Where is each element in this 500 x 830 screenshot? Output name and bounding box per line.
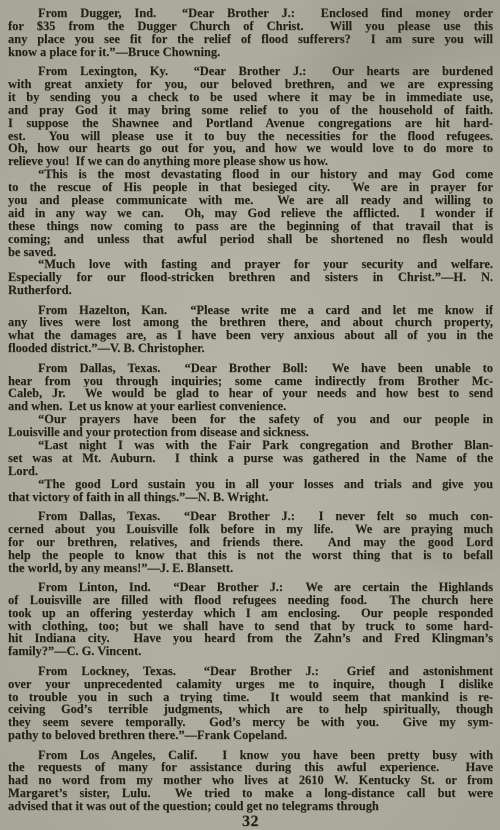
text-line: with great anxiety for you, our beloved …: [8, 78, 493, 91]
text-line: hear from you through inquiries; some ca…: [8, 375, 493, 388]
text-line: you and please communicate with me. We a…: [8, 194, 493, 207]
text-line: had no word from my mother who lives at …: [8, 774, 493, 787]
paragraph: “Last night I was with the Fair Park con…: [8, 439, 493, 478]
text-line: From Dallas, Texas. “Dear Brother J.: I …: [8, 510, 493, 523]
text-line: to the rescue of His people in that besi…: [8, 181, 493, 194]
text-line: Margaret’s sister, Lulu. We tried to mak…: [8, 787, 493, 800]
paragraph: From Los Angeles, Calif. I know you have…: [8, 749, 493, 813]
text-line: for $35 from the Dugger Church of Christ…: [8, 20, 493, 33]
text-line: pathy to beloved brethren there.”—Frank …: [8, 729, 493, 742]
text-line: and pray God it may bring some relief to…: [8, 104, 493, 117]
paragraph: “Much love with fasting and prayer for y…: [8, 258, 493, 297]
text-line: “Our prayers have been for the safety of…: [8, 413, 493, 426]
text-line: “This is the most devastating flood in o…: [8, 168, 493, 181]
text-line: “Much love with fasting and prayer for y…: [8, 258, 493, 271]
text-line: these things now coming to pass are the …: [8, 220, 493, 233]
text-line: help the people to know that this is not…: [8, 549, 493, 562]
text-line: set was at Mt. Auburn. I think a purse w…: [8, 452, 493, 465]
text-line: ceiving God’s terrible judgments, which …: [8, 703, 493, 716]
text-line: over your unprecedented calamity urges m…: [8, 678, 493, 691]
text-line: for our brethren, relatives, and friends…: [8, 536, 493, 549]
text-line: From Dallas, Texas. “Dear Brother Boll: …: [8, 362, 493, 375]
letters: From Dugger, Ind. “Dear Brother J.: Encl…: [8, 7, 493, 813]
page-number: 32: [8, 814, 493, 830]
text-line: it by sending you a check to be used whe…: [8, 91, 493, 104]
text-line: From Lexington, Ky. “Dear Brother J.: Ou…: [8, 65, 493, 78]
paragraph: From Dallas, Texas. “Dear Brother J.: I …: [8, 510, 493, 574]
text-line: any lives were lost among the brethren t…: [8, 316, 493, 329]
text-line: aid in any way we can. Oh, may God relie…: [8, 207, 493, 220]
text-line: I suppose the Shawnee and Portland Avenu…: [8, 117, 493, 130]
text-line: coming; and unless that awful period sha…: [8, 233, 493, 246]
text-line: what the damages are, as I have been ver…: [8, 329, 493, 342]
text-line: Caleb, Jr. We would be glad to hear of y…: [8, 387, 493, 400]
text-line: advised that it was out of the question;…: [8, 800, 493, 813]
paragraph: From Hazelton, Kan. “Please write me a c…: [8, 304, 493, 356]
paragraph: From Dallas, Texas. “Dear Brother Boll: …: [8, 362, 493, 414]
text-line: From Dugger, Ind. “Dear Brother J.: Encl…: [8, 7, 493, 20]
text-line: hit Indiana city. Have you heard from th…: [8, 632, 493, 645]
paragraph: From Lockney, Texas. “Dear Brother J.: G…: [8, 665, 493, 742]
text-line: est. You will please use it to buy the n…: [8, 130, 493, 143]
text-line: cerned about you Louisville folk before …: [8, 523, 493, 536]
text-line: and when. Let us know at your earliest c…: [8, 400, 493, 413]
text-line: the requests of many for assistance duri…: [8, 761, 493, 774]
text-line: know a place for it.”—Bruce Chowning.: [8, 46, 493, 59]
paragraph: From Dugger, Ind. “Dear Brother J.: Encl…: [8, 7, 493, 59]
text-line: flooded district.”—V. B. Christopher.: [8, 342, 493, 355]
text-line: Rutherford.: [8, 284, 493, 297]
text-line: with clothing, too; but we shall have to…: [8, 620, 493, 633]
text-line: family?”—C. G. Vincent.: [8, 645, 493, 658]
document-page: From Dugger, Ind. “Dear Brother J.: Encl…: [0, 0, 500, 830]
text-line: Louisville and your protection from dise…: [8, 426, 493, 439]
paragraph: “The good Lord sustain you in all your l…: [8, 478, 493, 504]
text-line: Especially for our flood-stricken brethr…: [8, 271, 493, 284]
paragraph: From Lexington, Ky. “Dear Brother J.: Ou…: [8, 65, 493, 168]
text-line: that victory of faith in all things.”—N.…: [8, 491, 493, 504]
text-line: From Hazelton, Kan. “Please write me a c…: [8, 304, 493, 317]
text-line: From Los Angeles, Calif. I know you have…: [8, 749, 493, 762]
paragraph: “Our prayers have been for the safety of…: [8, 413, 493, 439]
text-line: “Last night I was with the Fair Park con…: [8, 439, 493, 452]
text-line: took up an offering yesterday which I am…: [8, 607, 493, 620]
text-line: the world, by any means!”—J. E. Blansett…: [8, 562, 493, 575]
text-line: be saved.: [8, 246, 493, 259]
paragraph: From Linton, Ind. “Dear Brother J.: We a…: [8, 581, 493, 658]
text-line: to trouble you in such a trying time. It…: [8, 691, 493, 704]
text-line: From Lockney, Texas. “Dear Brother J.: G…: [8, 665, 493, 678]
text-line: they seem severe temporally. God’s mercy…: [8, 716, 493, 729]
text-line: Lord.: [8, 465, 493, 478]
text-line: relieve you! If we can do anything more …: [8, 155, 493, 168]
text-line: Oh, how our hearts go out for you, and h…: [8, 142, 493, 155]
text-line: any place you see fit for the relief of …: [8, 33, 493, 46]
text-line: “The good Lord sustain you in all your l…: [8, 478, 493, 491]
paragraph: “This is the most devastating flood in o…: [8, 168, 493, 258]
text-line: From Linton, Ind. “Dear Brother J.: We a…: [8, 581, 493, 594]
text-line: of Louisville are filled with flood refu…: [8, 594, 493, 607]
